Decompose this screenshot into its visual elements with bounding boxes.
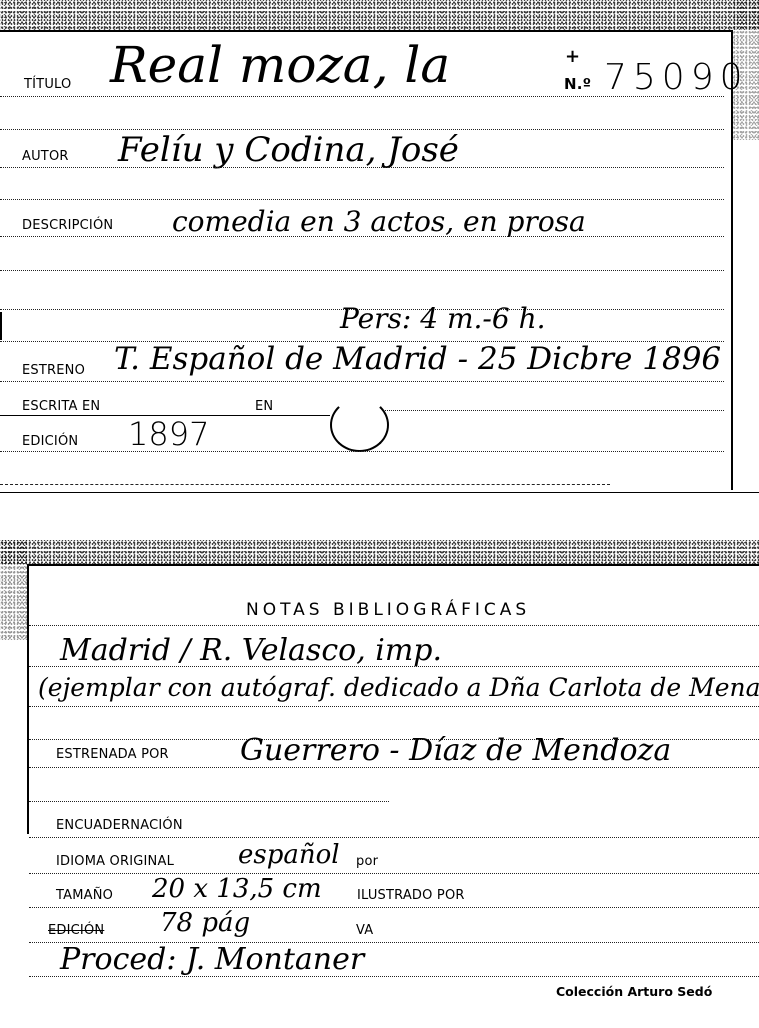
rule-notas: [29, 625, 759, 626]
rule-edicion: [0, 451, 724, 452]
left-tick: [0, 312, 2, 340]
edicion-value: 1897: [128, 418, 209, 450]
card-top-edge: [0, 30, 732, 32]
autor-label: AUTOR: [22, 150, 69, 163]
escrita-en-label: ESCRITA EN: [22, 400, 100, 413]
note-line-1: Madrid / R. Velasco, imp.: [60, 636, 442, 666]
ilustrado-por-label: ILUSTRADO POR: [357, 889, 465, 902]
card-divider: [0, 492, 759, 493]
rule-3: [0, 270, 724, 271]
idioma-original-label: IDIOMA ORIGINAL: [56, 855, 174, 868]
rule-en: [385, 410, 724, 411]
numero-mark: +: [565, 48, 580, 66]
edicion-label: EDICIÓN: [22, 435, 78, 448]
rule-2: [0, 199, 724, 200]
numero-value: 75090: [604, 60, 749, 96]
en-label: EN: [255, 400, 273, 413]
catalog-card-bottom: NOTAS BIBLIOGRÁFICAS Madrid / R. Velasco…: [0, 540, 759, 1028]
scan-noise-top: [0, 0, 759, 30]
card-right-edge: [731, 30, 733, 490]
edicion-label-struck: EDICIÓN: [48, 924, 104, 937]
estreno-value: T. Español de Madrid - 25 Dicbre 1896: [114, 344, 721, 375]
rule-6: [29, 801, 389, 802]
estrenada-por-label: ESTRENADA POR: [56, 748, 169, 761]
descripcion-label: DESCRIPCIÓN: [22, 219, 113, 232]
rule-5: [0, 484, 610, 485]
card-top-edge-2: [27, 564, 759, 566]
por-label: por: [356, 855, 378, 868]
rule-tamano: [29, 907, 759, 908]
rule-descripcion: [0, 236, 724, 237]
rule-encuadernacion: [29, 837, 759, 838]
collection-credit: Colección Arturo Sedó: [556, 984, 712, 999]
va-label: VA: [356, 924, 373, 937]
edicion-pages-value: 78 pág: [160, 910, 250, 936]
autor-value: Felíu y Codina, José: [118, 133, 459, 167]
estrenada-por-value: Guerrero - Díaz de Mendoza: [240, 736, 671, 766]
note-line-2: (ejemplar con autógraf. dedicado a Dña C…: [38, 675, 759, 700]
personajes-value: Pers: 4 m.-6 h.: [340, 305, 546, 333]
rule-note-1: [29, 666, 759, 667]
titulo-value: Real moza, la: [110, 40, 450, 90]
tamano-value: 20 x 13,5 cm: [152, 876, 322, 902]
notas-heading: NOTAS BIBLIOGRÁFICAS: [246, 602, 530, 619]
rule-titulo: [0, 96, 724, 97]
scan-noise-top-2: [0, 540, 759, 564]
seal-stamp: [330, 398, 389, 452]
idioma-original-value: español: [238, 842, 340, 868]
encuadernacion-label: ENCUADERNACIÓN: [56, 819, 183, 832]
rule-idioma: [29, 873, 759, 874]
tamano-label: TAMAÑO: [56, 889, 113, 902]
rule-procedencia: [29, 976, 759, 977]
catalog-card-top: TÍTULO Real moza, la + N.º 75090 AUTOR F…: [0, 0, 759, 500]
rule-estreno: [0, 381, 724, 382]
rule-note-2: [29, 706, 759, 707]
rule-autor: [0, 167, 724, 168]
card-left-edge: [27, 564, 29, 834]
titulo-label: TÍTULO: [24, 78, 71, 91]
estreno-label: ESTRENO: [22, 364, 85, 377]
rule-estrenada: [29, 767, 759, 768]
procedencia-value: Proced: J. Montaner: [60, 945, 364, 975]
numero-label: N.º: [564, 77, 591, 92]
scan-noise-left: [0, 540, 27, 640]
descripcion-value: comedia en 3 actos, en prosa: [172, 208, 586, 236]
